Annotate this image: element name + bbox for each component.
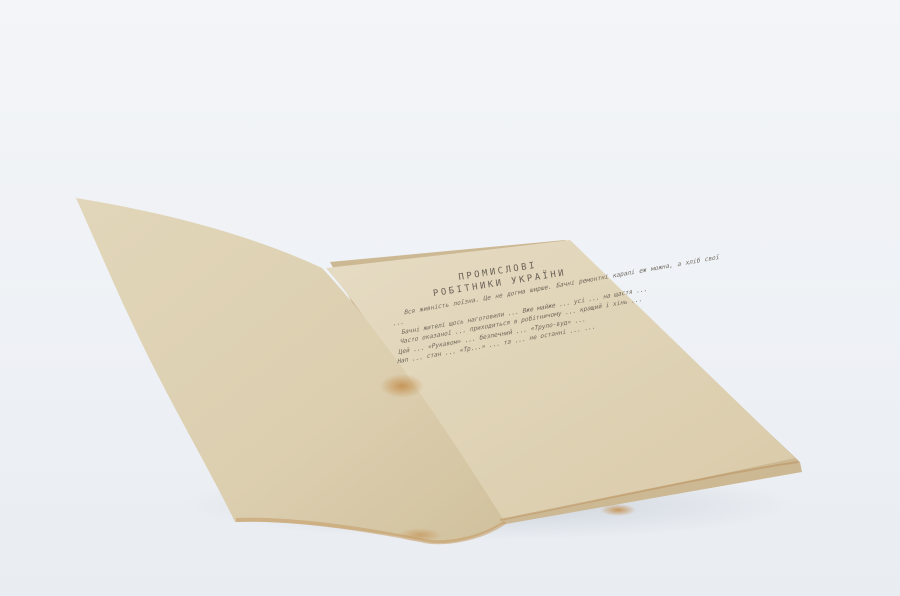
booklet-illustration [0, 0, 900, 596]
photo-scene: ПРОМИСЛОВІ РОБІТНИКИ УКРАЇНИ Вся живніст… [0, 0, 900, 596]
stain-mark [380, 374, 424, 398]
stain-mark-bottom [600, 504, 636, 516]
